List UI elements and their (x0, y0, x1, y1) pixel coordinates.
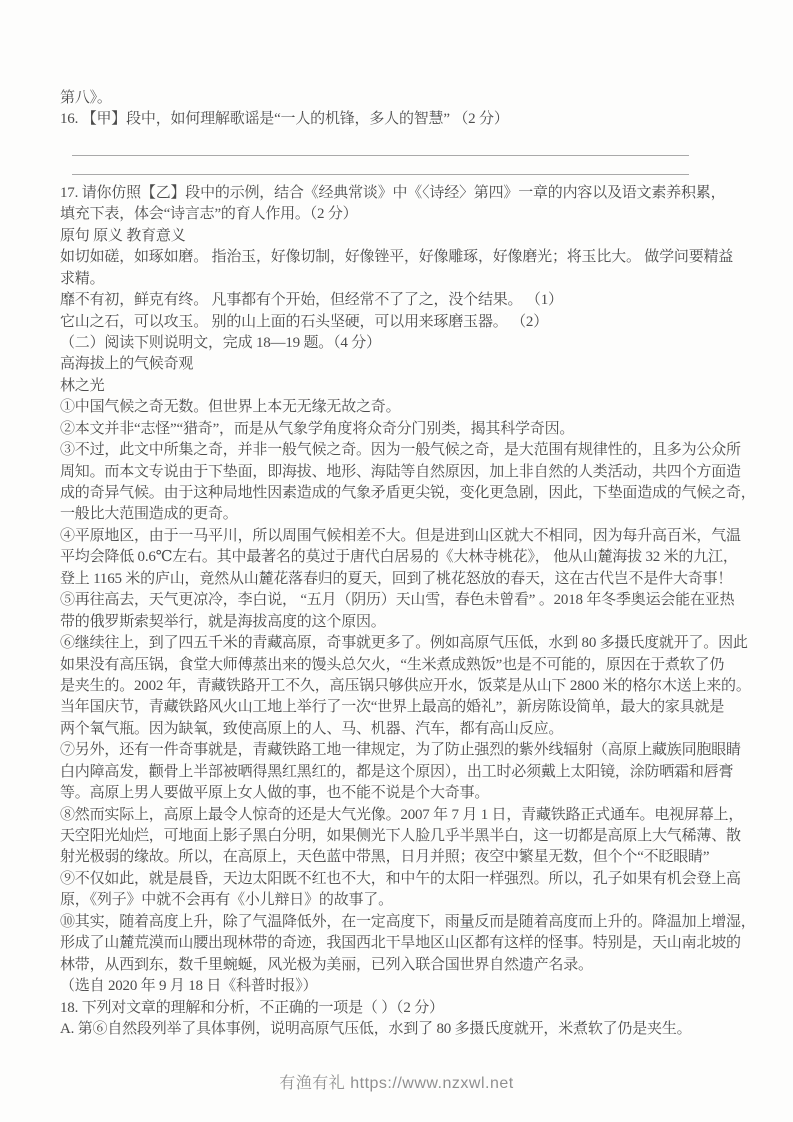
question-18-option-a: A. 第⑥自然段列举了具体事例，说明高原气压低，水到了 80 多摄氏度就开，米煮… (60, 1019, 750, 1040)
essay-paragraph-4-line-3: 登上 1165 米的庐山，竟然从山麓花落春归的夏天，回到了桃花怒放的春天，这在古… (60, 569, 750, 590)
essay-paragraph-8-line-1: ⑧然而实际上，高原上最令人惊奇的还是大气光像。2007 年 7 月 1 日，青藏… (60, 805, 750, 826)
essay-paragraph-9-line-2: 原，《列子》中就不会再有《小儿辩日》的故事了。 (60, 890, 750, 911)
section-2-heading: （二）阅读下则说明文，完成 18—19 题。（4 分） (60, 333, 750, 354)
text-column: 第八》。 16. 【甲】段中，如何理解歌谣是“一人的机锋，多人的智慧” （2 分… (60, 88, 750, 1040)
table-header-row: 原句 原义 教育意义 (60, 226, 750, 247)
essay-paragraph-10-line-2: 形成了山麓荒漠而山腰出现林带的奇迹，我国西北干旱地区山区都有这样的怪事。特别是，… (60, 933, 750, 954)
essay-title: 高海拔上的气候奇观 (60, 354, 750, 375)
question-16: 16. 【甲】段中，如何理解歌谣是“一人的机锋，多人的智慧” （2 分） (60, 109, 750, 130)
essay-paragraph-6-line-4: 当年国庆节，青藏铁路风火山工地上举行了一次“世界上最高的婚礼”，新房陈设简单，最… (60, 697, 750, 718)
essay-author: 林之光 (60, 376, 750, 397)
exam-page: 第八》。 16. 【甲】段中，如何理解歌谣是“一人的机锋，多人的智慧” （2 分… (0, 0, 793, 1122)
answer-blank-area (60, 131, 750, 175)
essay-paragraph-3-line-4: 一般比大范围造成的更奇。 (60, 504, 750, 525)
page-footer-watermark: 有渔有礼 https://www.nzxwl.net (0, 1070, 793, 1093)
essay-paragraph-7-line-1: ⑦另外，还有一件奇事就是，青藏铁路工地一律规定，为了防止强烈的紫外线辐射（高原上… (60, 740, 750, 761)
essay-paragraph-8-line-2: 天空阳光灿烂，可地面上影子黑白分明，如果侧光下人脸几乎半黑半白，这一切都是高原上… (60, 826, 750, 847)
essay-paragraph-8-line-3: 射光极弱的缘故。所以，在高原上，天色蓝中带黑，日月并照；夜空中繁星无数，但个个“… (60, 847, 750, 868)
question-17-line-2: 填充下表，体会“诗言志”的育人作用。（2 分） (60, 204, 750, 225)
essay-paragraph-3-line-3: 成的奇异气候。由于这种局地性因素造成的气象矛盾更尖锐，变化更急剧，因此，下垫面造… (60, 483, 750, 504)
table-row-3: 它山之石，可以攻玉。 别的山上面的石头坚硬，可以用来琢磨玉器。 （2） (60, 312, 750, 333)
essay-paragraph-6-line-1: ⑥继续往上，到了四五千米的青藏高原，奇事就更多了。例如高原气压低，水到 80 多… (60, 633, 750, 654)
essay-paragraph-1: ①中国气候之奇无数。但世界上本无无缘无故之奇。 (60, 397, 750, 418)
essay-paragraph-9-line-1: ⑨不仅如此，就是晨昏，天边太阳既不红也不大，和中午的太阳一样强烈。所以，孔子如果… (60, 869, 750, 890)
essay-paragraph-3-line-2: 周知。而本文专说由于下垫面，即海拔、地形、海陆等自然原因，加上非自然的人类活动，… (60, 462, 750, 483)
top-fragment: 第八》。 (60, 88, 750, 109)
essay-paragraph-4-line-2: 平均会降低 0.6℃左右。其中最著名的莫过于唐代白居易的《大林寺桃花》， 他从山… (60, 547, 750, 568)
essay-paragraph-5-line-1: ⑤再往高去，天气更凉冷，李白说， “五月（阴历）天山雪，春色未曾看” 。2018… (60, 590, 750, 611)
answer-line-1 (72, 155, 689, 156)
question-17-line-1: 17. 请你仿照【乙】段中的示例，结合《经典常谈》中《〈诗经〉第四》一章的内容以… (60, 183, 750, 204)
essay-paragraph-3-line-1: ③不过，此文中所集之奇，并非一般气候之奇。因为一般气候之奇，是大范围有规律性的，… (60, 440, 750, 461)
essay-paragraph-7-line-3: 等。高原上男人要做平原上女人做的事，也不能不说是个大奇事。 (60, 783, 750, 804)
answer-line-2 (72, 174, 689, 175)
essay-paragraph-4-line-1: ④平原地区，由于一马平川，所以周围气候相差不大。但是进到山区就大不相同，因为每升… (60, 526, 750, 547)
essay-paragraph-10-line-3: 林带，从西到东，数千里蜿蜒，风光极为美丽，已列入联合国世界自然遗产名录。 (60, 955, 750, 976)
essay-paragraph-6-line-3: 是夹生的。2002 年，青藏铁路开工不久，高压锅只够供应开水，饭菜是从山下 28… (60, 676, 750, 697)
essay-paragraph-6-line-2: 如果没有高压锅，食堂大师傅蒸出来的馒头总欠火，“生米煮成熟饭”也是不可能的，原因… (60, 655, 750, 676)
essay-paragraph-10-line-1: ⑩其实，随着高度上升，除了气温降低外，在一定高度下，雨量反而是随着高度而上升的。… (60, 912, 750, 933)
essay-paragraph-7-line-2: 白内障高发，颧骨上半部被晒得黑红黑红的，都是这个原因），出工时必须戴上太阳镜，涂… (60, 762, 750, 783)
table-row-2: 靡不有初，鲜克有终。 凡事都有个开始，但经常不了了之，没个结果。 （1） (60, 290, 750, 311)
source-citation: （选自 2020 年 9 月 18 日《科普时报》） (60, 976, 750, 997)
essay-paragraph-6-line-5: 两个氧气瓶。因为缺氧，致使高原上的人、马、机器、汽车，都有高山反应。 (60, 719, 750, 740)
essay-paragraph-5-line-2: 带的俄罗斯索契举行，就是海拔高度的这个原因。 (60, 612, 750, 633)
table-row-1-line-1: 如切如磋，如琢如磨。 指治玉，好像切制，好像锉平，好像雕琢，好像磨光；将玉比大。… (60, 247, 750, 268)
essay-paragraph-2: ②本文并非“志怪”“猎奇”，而是从气象学角度将众奇分门别类，揭其科学奇因。 (60, 419, 750, 440)
question-18-stem: 18. 下列对文章的理解和分析，不正确的一项是（ ）（2 分） (60, 998, 750, 1019)
table-row-1-line-2: 求精。 (60, 269, 750, 290)
